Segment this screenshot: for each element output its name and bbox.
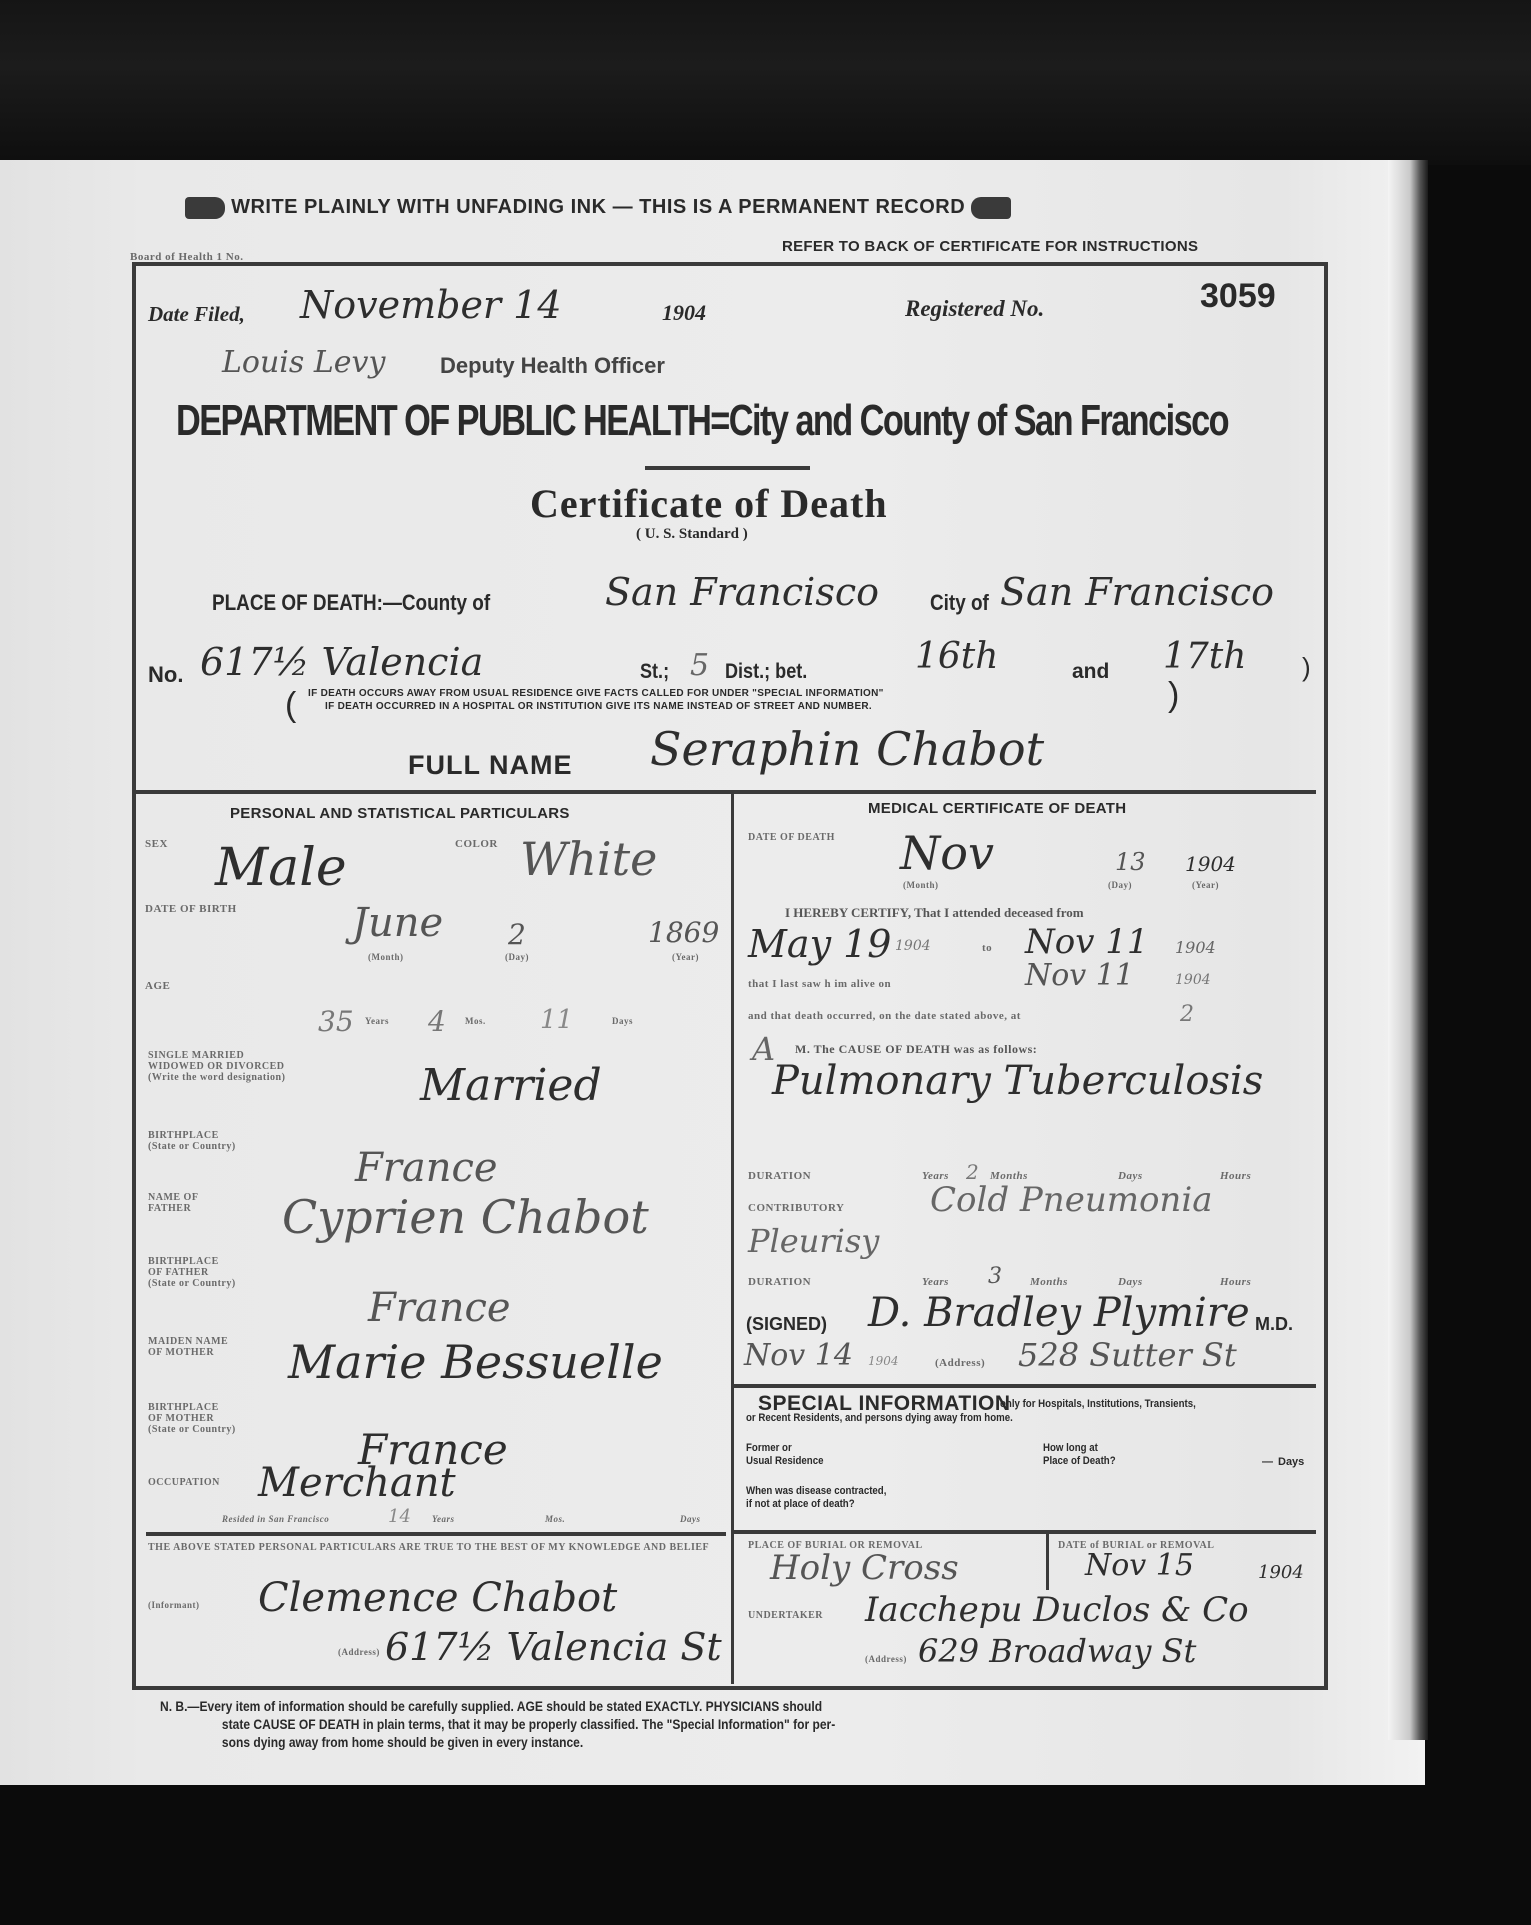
father-birthplace-value: France (368, 1285, 511, 1331)
burial-date: Nov 15 (1085, 1548, 1194, 1583)
full-name-label: FULL NAME (408, 750, 573, 781)
page-edge-shadow (1388, 160, 1428, 1740)
city-value: San Francisco (1000, 570, 1274, 614)
nb-line-3: sons dying away from home should be give… (160, 1733, 835, 1751)
father-bp-label-line-3: (State or Country) (148, 1278, 236, 1289)
color-value: White (520, 832, 657, 886)
father-birthplace-label: BIRTHPLACE OF FATHER (State or Country) (148, 1256, 236, 1289)
age-years: 35 (318, 1005, 354, 1038)
age-years-caption: Years (365, 1016, 389, 1026)
refer-instructions: REFER TO BACK OF CERTIFICATE FOR INSTRUC… (782, 238, 1198, 255)
father-name-value: Cyprien Chabot (282, 1190, 649, 1244)
permanent-record-banner: WRITE PLAINLY WITH UNFADING INK — THIS I… (185, 196, 1011, 219)
how-long-value: — (1262, 1456, 1273, 1468)
mother-bp-label-line-2: OF MOTHER (148, 1413, 236, 1424)
father-bp-label-line-2: OF FATHER (148, 1267, 236, 1278)
physician-address-label: (Address) (935, 1357, 985, 1369)
informant-attestation: THE ABOVE STATED PERSONAL PARTICULARS AR… (148, 1542, 718, 1553)
paren-open: ( (285, 686, 296, 725)
disease-contracted-label: When was disease contracted, if not at p… (746, 1485, 886, 1511)
resided-months-caption: Mos. (545, 1514, 565, 1524)
residence-note-1: IF DEATH OCCURS AWAY FROM USUAL RESIDENC… (308, 688, 884, 699)
father-label-line-2: FATHER (148, 1203, 198, 1214)
contributory-label: CONTRIBUTORY (748, 1202, 844, 1214)
full-name-value: Seraphin Chabot (650, 722, 1044, 776)
officer-signature: Louis Levy (222, 345, 385, 380)
dob-month: June (352, 900, 443, 946)
medical-heading: MEDICAL CERTIFICATE OF DEATH (868, 800, 1126, 817)
dob-year: 1869 (648, 916, 719, 949)
column-divider (731, 794, 734, 1684)
former-residence-label: Former or Usual Residence (746, 1442, 823, 1468)
undertaker-value: Iacchери Duclos & Co (865, 1590, 1249, 1630)
age-months: 4 (428, 1005, 446, 1038)
personal-heading: PERSONAL AND STATISTICAL PARTICULARS (230, 805, 570, 822)
filing-year: 1904 (662, 300, 706, 326)
burial-place: Holy Cross (770, 1548, 959, 1588)
signed-label: (SIGNED) (746, 1314, 827, 1335)
scan-background-top (0, 0, 1531, 165)
attended-to: Nov 11 (1025, 922, 1149, 962)
duration-2-months-caption: Months (1030, 1276, 1068, 1288)
undertaker-address: 629 Broadway St (918, 1632, 1196, 1670)
death-occurred-label: and that death occurred, on the date sta… (748, 1010, 1021, 1022)
to-label: to (982, 942, 992, 954)
dob-label: DATE OF BIRTH (145, 903, 237, 915)
former-residence-line-1: Former or (746, 1442, 823, 1455)
marital-label-line-2: WIDOWED OR DIVORCED (148, 1061, 285, 1072)
dod-month: Nov (900, 826, 994, 880)
informant-address: 617½ Valencia St (385, 1625, 722, 1669)
mother-bp-label-line-3: (State or Country) (148, 1424, 236, 1435)
birthplace-value: France (355, 1145, 498, 1191)
contracted-line-2: if not at place of death? (746, 1498, 886, 1511)
age-label: AGE (145, 980, 170, 992)
certificate-title: Certificate of Death (530, 480, 888, 527)
marital-label: SINGLE MARRIED WIDOWED OR DIVORCED (Writ… (148, 1050, 285, 1083)
paren-close-2: ) (1168, 676, 1179, 715)
informant-divider (146, 1532, 726, 1536)
dob-day-caption: (Day) (505, 952, 529, 962)
registered-no-label: Registered No. (905, 296, 1044, 322)
nb-line-1: N. B.—Every item of information should b… (160, 1697, 835, 1715)
dod-year: 1904 (1185, 852, 1236, 876)
attended-from: May 19 (748, 922, 891, 966)
undertaker-address-label: (Address) (865, 1654, 907, 1664)
cross-street-2: 17th (1163, 636, 1246, 677)
physician-address: 528 Sutter St (1018, 1336, 1237, 1374)
last-saw-date: Nov 11 (1025, 958, 1134, 993)
dod-day: 13 (1115, 848, 1146, 876)
dob-day: 2 (508, 918, 526, 951)
us-standard-label: ( U. S. Standard ) (636, 526, 748, 543)
district-value: 5 (690, 648, 709, 683)
title-divider (645, 466, 810, 470)
contributory-cause-2: Pleurisy (748, 1222, 879, 1260)
md-label: M.D. (1255, 1314, 1293, 1335)
dod-label: DATE OF DEATH (748, 832, 835, 843)
father-bp-label-line-1: BIRTHPLACE (148, 1256, 236, 1267)
cross-street-1: 16th (915, 636, 998, 677)
place-of-death-label: PLACE OF DEATH:—County of (212, 590, 490, 616)
age-days: 11 (540, 1005, 573, 1035)
signed-year: 1904 (868, 1354, 899, 1368)
how-long-line-2: Place of Death? (1043, 1455, 1116, 1468)
pointing-hand-icon (971, 197, 1011, 219)
death-hour: 2 (1180, 1002, 1194, 1027)
department-title: DEPARTMENT OF PUBLIC HEALTH=City and Cou… (176, 396, 1284, 446)
county-value: San Francisco (605, 570, 879, 614)
duration-2-days-caption: Days (1118, 1276, 1143, 1288)
color-label: COLOR (455, 838, 498, 850)
signed-date: Nov 14 (744, 1338, 853, 1373)
how-long-label: How long at Place of Death? (1043, 1442, 1116, 1468)
cause-label: M. The CAUSE OF DEATH was as follows: (795, 1042, 1037, 1057)
date-filed-label: Date Filed, (148, 302, 245, 327)
birthplace-label: BIRTHPLACE (State or Country) (148, 1130, 236, 1152)
street-no-label: No. (148, 662, 183, 688)
marital-label-line-3: (Write the word designation) (148, 1072, 285, 1083)
father-name-label: NAME OF FATHER (148, 1192, 198, 1214)
former-residence-line-2: Usual Residence (746, 1455, 823, 1468)
pointing-hand-icon (185, 197, 225, 219)
mother-label-line-2: OF MOTHER (148, 1347, 228, 1358)
dob-month-caption: (Month) (368, 952, 404, 962)
burial-divider (734, 1530, 1316, 1534)
contracted-line-1: When was disease contracted, (746, 1485, 886, 1498)
attended-from-year: 1904 (895, 938, 931, 954)
duration-2-years: 3 (988, 1264, 1002, 1289)
mother-bp-label-line-1: BIRTHPLACE (148, 1402, 236, 1413)
residence-note-2: IF DEATH OCCURRED IN A HOSPITAL OR INSTI… (325, 701, 872, 712)
how-long-line-1: How long at (1043, 1442, 1116, 1455)
occupation-value: Merchant (258, 1460, 456, 1506)
mother-birthplace-label: BIRTHPLACE OF MOTHER (State or Country) (148, 1402, 236, 1435)
dod-month-caption: (Month) (903, 880, 939, 890)
certify-text: I HEREBY CERTIFY, That I attended deceas… (785, 905, 1084, 921)
banner-text: WRITE PLAINLY WITH UNFADING INK — THIS I… (231, 196, 965, 218)
special-info-note-2: or Recent Residents, and persons dying a… (746, 1412, 1013, 1424)
father-label-line-1: NAME OF (148, 1192, 198, 1203)
paren-close: ) (1302, 652, 1311, 683)
resided-label: Resided in San Francisco (222, 1514, 329, 1524)
mother-name-label: MAIDEN NAME OF MOTHER (148, 1336, 228, 1358)
informant-label: (Informant) (148, 1600, 200, 1610)
marital-label-line-1: SINGLE MARRIED (148, 1050, 285, 1061)
contributory-cause-1: Cold Pneumonia (930, 1180, 1212, 1220)
and-label: and (1072, 660, 1109, 684)
physician-signature: D. Bradley Plymire (868, 1290, 1250, 1336)
officer-title: Deputy Health Officer (440, 353, 665, 379)
district-between-label: Dist.; bet. (725, 660, 807, 684)
duration-2-hours-caption: Hours (1220, 1276, 1251, 1288)
special-info-note-1: only for Hospitals, Institutions, Transi… (1000, 1398, 1196, 1410)
nb-footnote: N. B.—Every item of information should b… (160, 1697, 835, 1751)
street-label: St.; (640, 660, 669, 684)
undertaker-label: UNDERTAKER (748, 1610, 823, 1621)
occupation-label: OCCUPATION (148, 1477, 220, 1488)
nb-line-2: state CAUSE OF DEATH in plain terms, tha… (160, 1715, 835, 1733)
sex-label: SEX (145, 838, 168, 850)
special-info-divider (734, 1384, 1316, 1388)
dod-year-caption: (Year) (1192, 880, 1219, 890)
age-days-caption: Days (612, 1016, 633, 1026)
last-saw-year: 1904 (1175, 972, 1211, 988)
burial-year: 1904 (1258, 1562, 1304, 1583)
duration-hours-caption: Hours (1220, 1170, 1251, 1182)
birthplace-label-line-2: (State or Country) (148, 1141, 236, 1152)
city-label: City of (930, 590, 989, 616)
sex-value: Male (215, 838, 347, 898)
last-saw-label: that I last saw h im alive on (748, 978, 891, 990)
registered-no-value: 3059 (1200, 277, 1276, 316)
how-long-days-label: Days (1278, 1456, 1304, 1468)
duration-label: DURATION (748, 1170, 811, 1182)
attended-to-year: 1904 (1175, 938, 1216, 957)
resided-years: 14 (388, 1506, 411, 1527)
duration-2-years-caption: Years (922, 1276, 949, 1288)
informant-address-label: (Address) (338, 1647, 380, 1657)
dod-day-caption: (Day) (1108, 880, 1132, 890)
cause-of-death: Pulmonary Tuberculosis (772, 1058, 1263, 1104)
duration-2-label: DURATION (748, 1276, 811, 1288)
dob-year-caption: (Year) (672, 952, 699, 962)
birthplace-label-line-1: BIRTHPLACE (148, 1130, 236, 1141)
street-address-value: 617½ Valencia (200, 640, 483, 684)
resided-days-caption: Days (680, 1514, 701, 1524)
resided-years-caption: Years (432, 1514, 455, 1524)
mother-label-line-1: MAIDEN NAME (148, 1336, 228, 1347)
mother-name-value: Marie Bessuelle (288, 1335, 663, 1389)
informant-name: Clemence Chabot (258, 1575, 617, 1621)
date-filed-value: November 14 (300, 283, 562, 327)
section-divider (136, 790, 1316, 794)
age-months-caption: Mos. (465, 1016, 486, 1026)
marital-value: Married (420, 1060, 602, 1111)
burial-column-divider (1046, 1534, 1049, 1590)
